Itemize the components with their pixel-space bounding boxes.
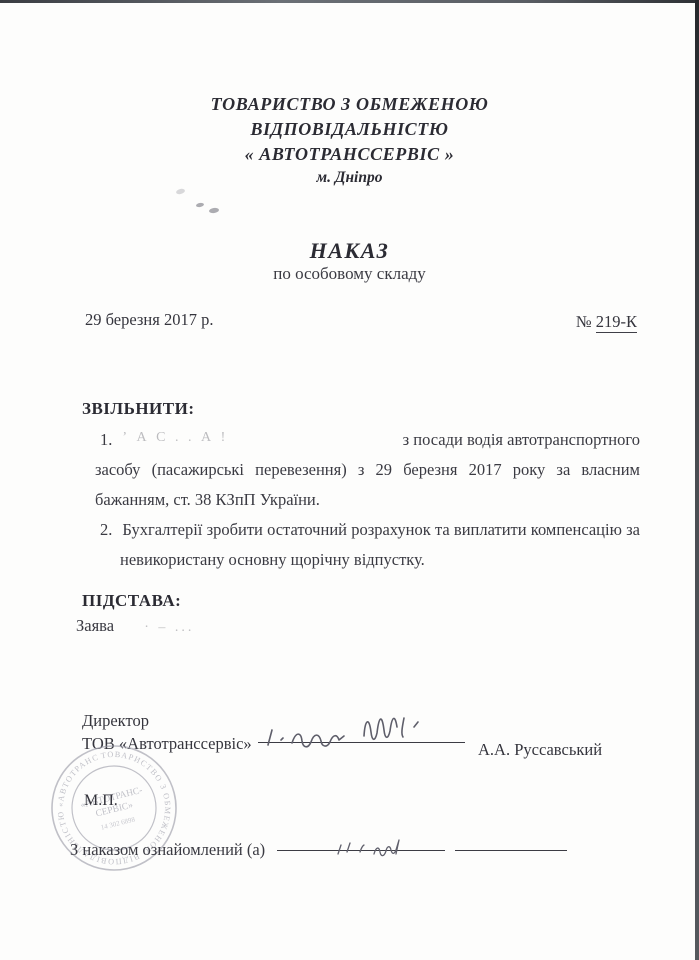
company-name-line2: ВІДПОВІДАЛЬНІСТЮ xyxy=(0,117,699,142)
scan-smudge xyxy=(176,188,186,195)
dismiss-item2-line2: невикористану основну щорічну відпустку. xyxy=(120,550,425,570)
dismiss-item1-number: 1. xyxy=(100,430,112,450)
company-name-line3: « АВТОТРАНССЕРВІС » xyxy=(0,142,699,167)
order-date: 29 березня 2017 р. xyxy=(85,310,213,330)
dismiss-item2-number: 2. xyxy=(100,520,112,540)
order-number-value: 219-К xyxy=(596,312,637,333)
scan-smudge xyxy=(196,202,205,207)
dismiss-item1-line3: бажанням, ст. 38 КЗпП України. xyxy=(95,490,320,510)
basis-redacted-trace: · – ... xyxy=(144,620,194,635)
scan-top-border xyxy=(0,0,699,3)
dismiss-item2-text: Бухгалтерії зробити остаточний розрахуно… xyxy=(122,520,640,540)
scanned-order-document: ТОВАРИСТВО З ОБМЕЖЕНОЮ ВІДПОВІДАЛЬНІСТЮ … xyxy=(0,0,699,960)
acknowledgement-line-2 xyxy=(455,850,567,851)
company-name-line1: ТОВАРИСТВО З ОБМЕЖЕНОЮ xyxy=(0,92,699,117)
order-title-block: НАКАЗ по особовому складу xyxy=(0,238,699,284)
basis-label: Заява xyxy=(76,616,114,635)
stamp-inner-line3: 14 302 6898 xyxy=(100,815,136,831)
order-number-label: № xyxy=(576,312,596,331)
employee-signature xyxy=(330,836,430,860)
order-number: № 219-К xyxy=(576,312,637,332)
redacted-name-trace: ʼ А С . . А ! xyxy=(122,430,402,450)
basis-line: Заява · – ... xyxy=(76,616,194,636)
order-title: НАКАЗ xyxy=(0,238,699,264)
scan-smudge xyxy=(209,207,220,213)
company-city: м. Дніпро xyxy=(0,169,699,187)
signer-name: А.А. Руссавський xyxy=(478,740,602,760)
basis-heading: ПІДСТАВА: xyxy=(82,591,181,611)
seal-place-label: М.П. xyxy=(84,792,118,810)
acknowledgement-text: З наказом ознайомлений (а) xyxy=(70,840,265,860)
dismiss-item1-line2: засобу (пасажирські перевезення) з 29 бе… xyxy=(95,460,640,480)
director-signature xyxy=(252,700,467,758)
order-subtitle: по особовому складу xyxy=(0,264,699,284)
dismiss-item2-line1: 2. Бухгалтерії зробити остаточний розрах… xyxy=(100,520,640,540)
dismiss-item1-text: з посади водія автотранспортного xyxy=(403,430,640,450)
dismiss-item1-line1: 1. ʼ А С . . А ! з посади водія автотран… xyxy=(100,430,640,450)
company-header: ТОВАРИСТВО З ОБМЕЖЕНОЮ ВІДПОВІДАЛЬНІСТЮ … xyxy=(0,92,699,187)
dismiss-heading: ЗВІЛЬНИТИ: xyxy=(82,399,195,419)
